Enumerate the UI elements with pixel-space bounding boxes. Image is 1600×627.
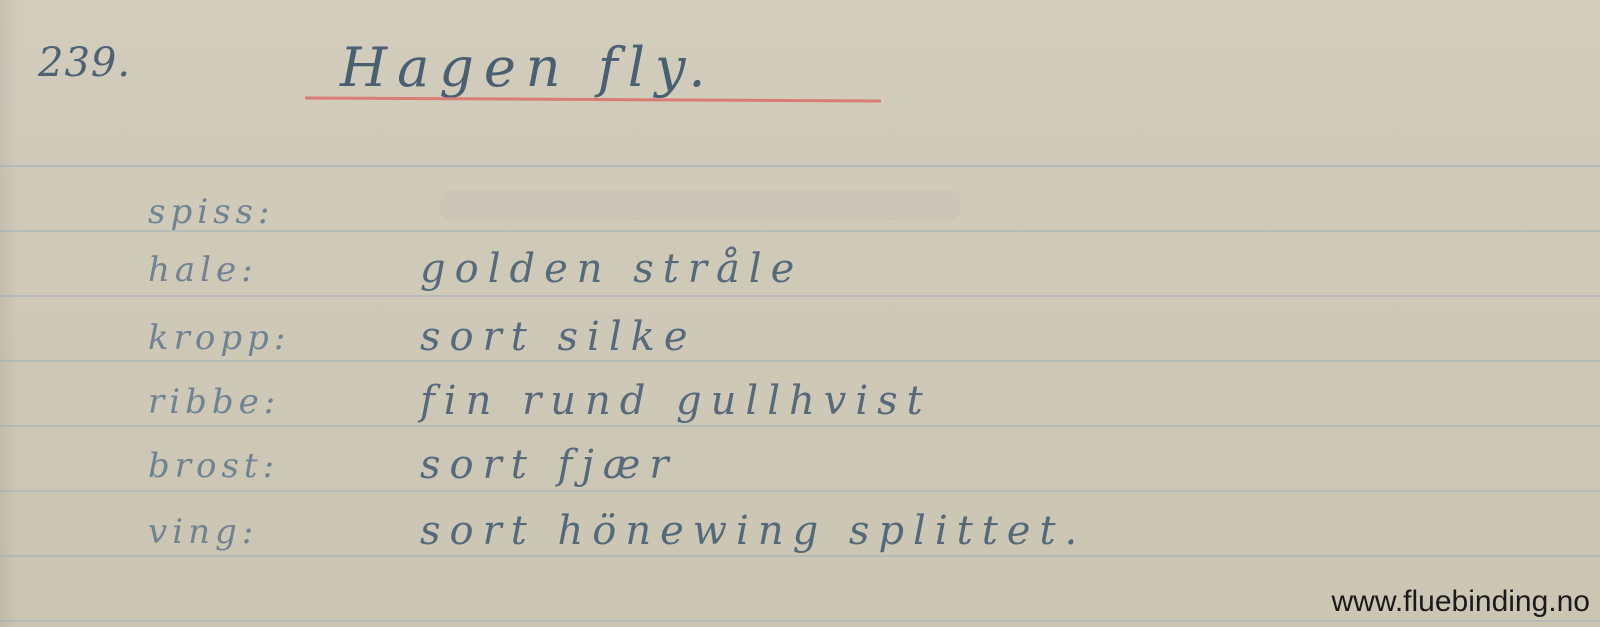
entry-number: 239. <box>38 40 131 86</box>
recipe-label-ving: ving: <box>148 512 258 552</box>
ruled-line <box>0 360 1600 362</box>
bleed-through-text <box>440 190 960 220</box>
recipe-value-kropp: sort silke <box>420 314 697 360</box>
recipe-value-hale: golden stråle <box>420 246 803 292</box>
recipe-value-brost: sort fjær <box>420 442 677 488</box>
ruled-line <box>0 555 1600 557</box>
ruled-line <box>0 490 1600 492</box>
recipe-label-kropp: kropp: <box>148 318 290 358</box>
recipe-value-ving: sort hönewing splittet. <box>420 508 1086 554</box>
ruled-line <box>0 295 1600 297</box>
ruled-line <box>0 165 1600 167</box>
recipe-value-ribbe: fin rund gullhvist <box>420 378 932 424</box>
recipe-label-brost: brost: <box>148 446 279 486</box>
ruled-line <box>0 620 1600 622</box>
recipe-label-ribbe: ribbe: <box>148 382 280 422</box>
recipe-label-hale: hale: <box>148 250 258 290</box>
fly-title: Hagen fly. <box>340 36 716 99</box>
website-watermark: www.fluebinding.no <box>1331 585 1590 619</box>
recipe-label-spiss: spiss: <box>148 192 274 232</box>
ruled-line <box>0 425 1600 427</box>
title-underline <box>305 96 881 102</box>
notebook-page: 239. Hagen fly. spiss: hale: golden strå… <box>0 0 1600 627</box>
